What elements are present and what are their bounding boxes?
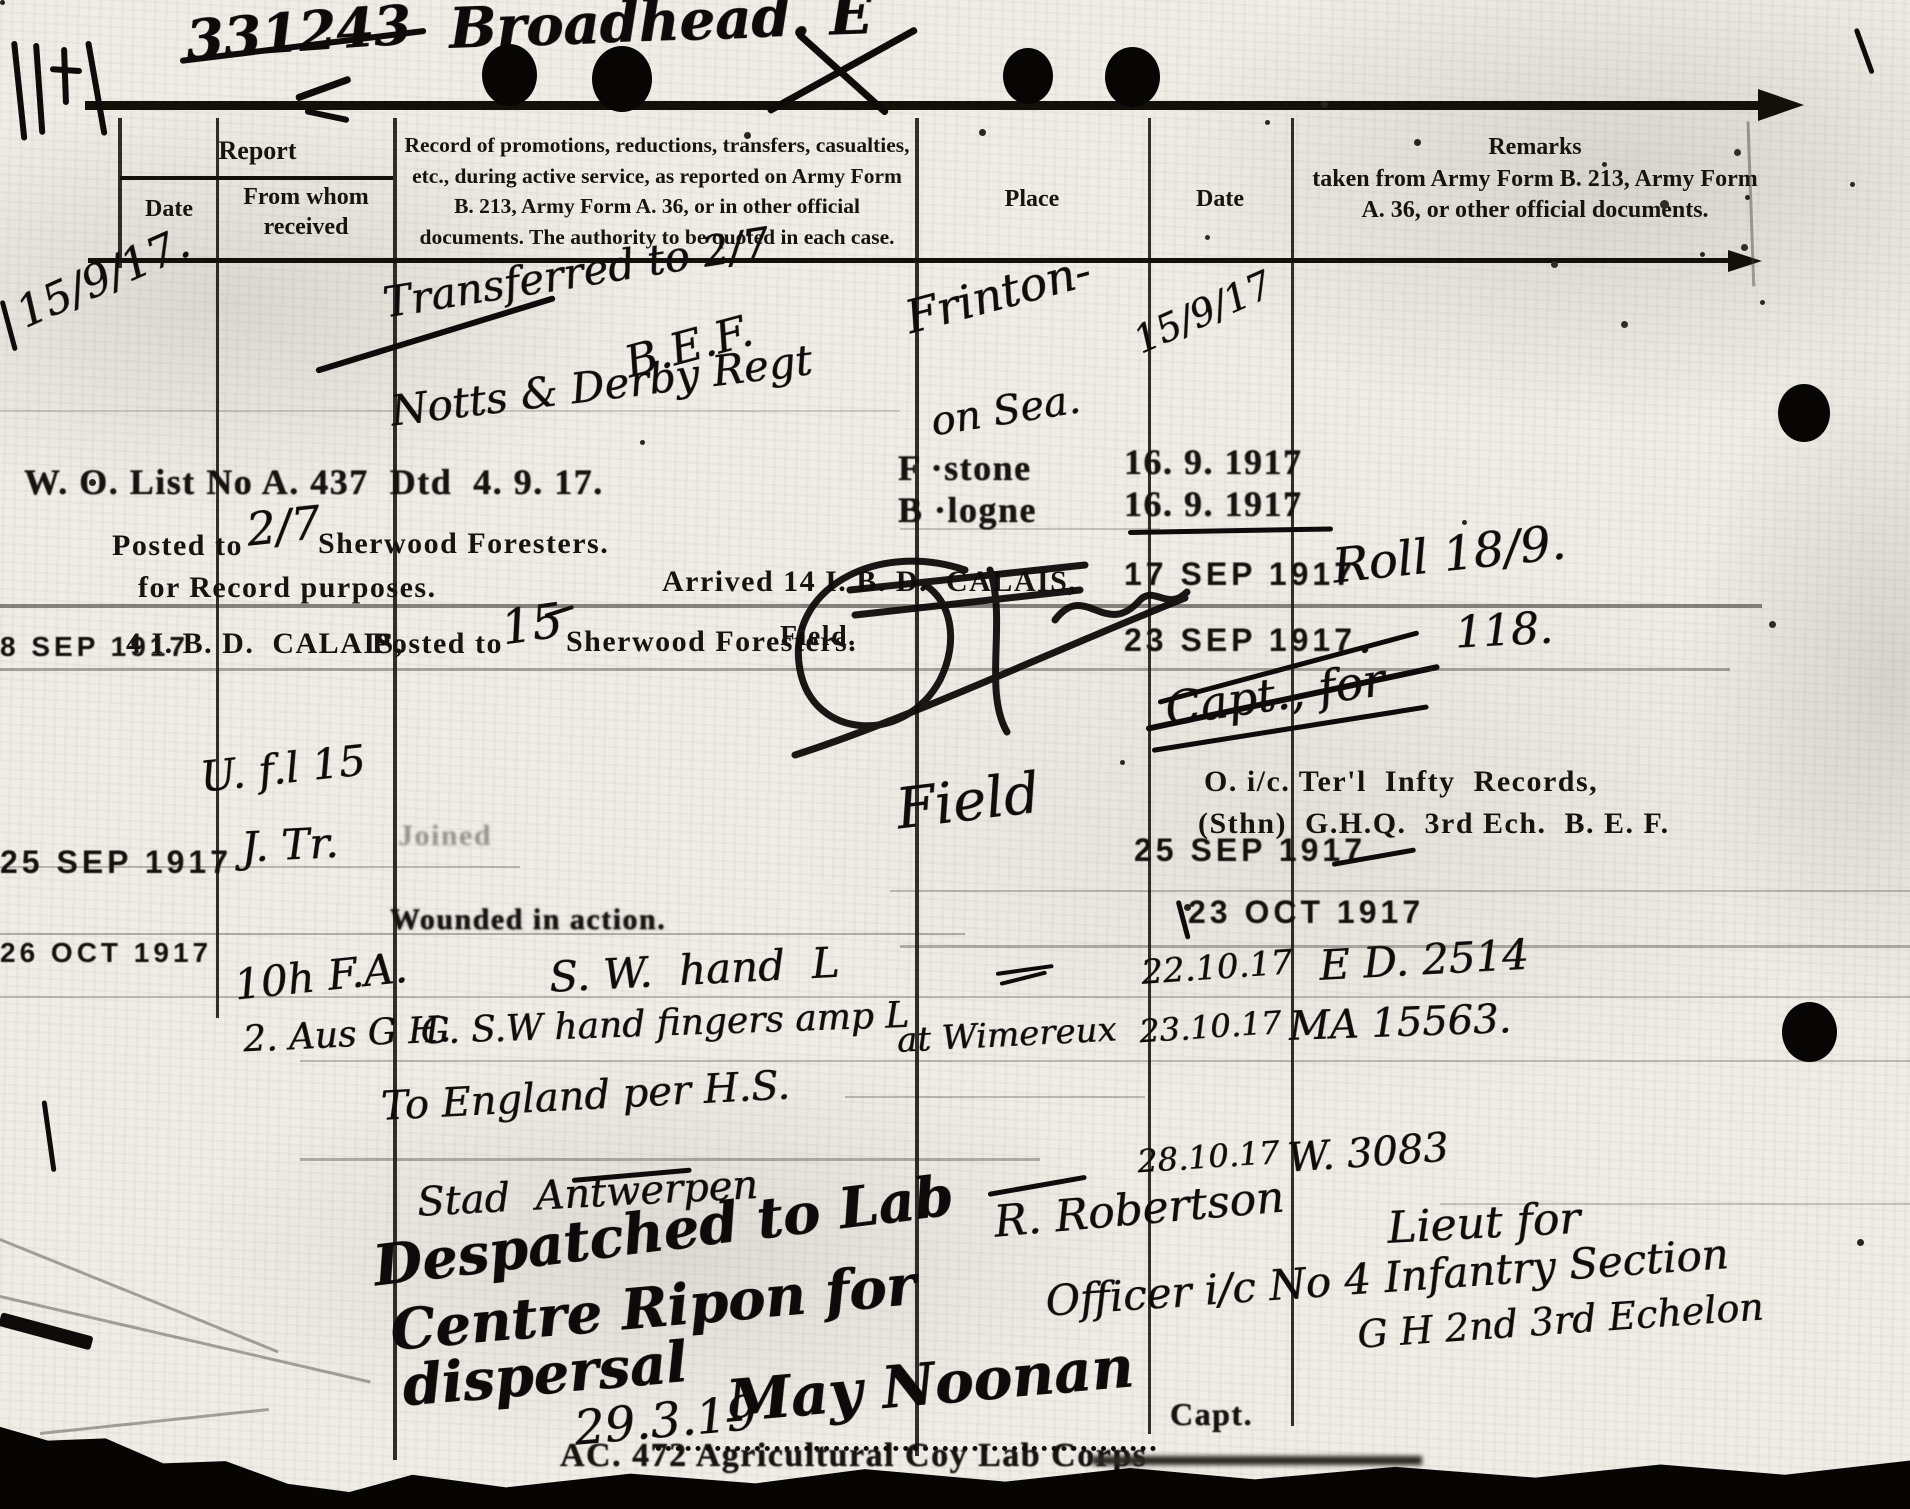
corner-mark — [1854, 28, 1875, 75]
bottom-left-wedge — [0, 1312, 94, 1350]
punch-hole-1 — [482, 44, 537, 106]
margin-mark-3 — [85, 40, 108, 136]
place-dash-28-10 — [988, 1175, 1087, 1197]
crease-3 — [40, 1408, 269, 1435]
scanline-1 — [0, 410, 900, 412]
margin-mark-4 — [42, 1100, 57, 1172]
serial-strike — [180, 28, 427, 64]
x-mark-stroke-2 — [796, 31, 890, 116]
punch-hole-4 — [1105, 47, 1160, 107]
scanline-5 — [0, 866, 520, 868]
scanline-11 — [845, 1096, 1145, 1098]
scanned-form-page: Report Date From whom received Record of… — [0, 0, 1910, 1509]
pen-flourish-1 — [295, 75, 352, 101]
margin-paren — [0, 300, 18, 352]
punch-hole-right-1 — [1778, 384, 1830, 442]
scanline-12 — [300, 1158, 1040, 1161]
signature-flourish — [755, 530, 1195, 820]
margin-mark-2 — [33, 43, 45, 135]
scanline-7 — [0, 933, 965, 935]
punch-hole-right-2 — [1782, 1002, 1837, 1062]
signature-dotted-line — [656, 1446, 1156, 1451]
punch-hole-2 — [592, 46, 652, 112]
scanline-10 — [300, 1060, 1910, 1062]
scanline-6 — [890, 890, 1910, 892]
oct23-bracket — [1176, 900, 1191, 940]
punch-hole-3 — [1003, 48, 1053, 104]
pen-flourish-2 — [304, 108, 349, 123]
scanline-9 — [0, 996, 1910, 998]
margin-mark-1 — [11, 41, 27, 141]
fine-print-smudge — [1092, 1456, 1422, 1465]
stad-overline — [572, 1168, 692, 1183]
scanline-8 — [900, 945, 1910, 948]
scanline-13 — [1440, 1203, 1910, 1205]
row1-dash — [315, 295, 556, 374]
sep25-squiggle — [1332, 847, 1417, 867]
margin-mark-plus-v — [61, 47, 69, 105]
crease-right — [1747, 121, 1756, 286]
